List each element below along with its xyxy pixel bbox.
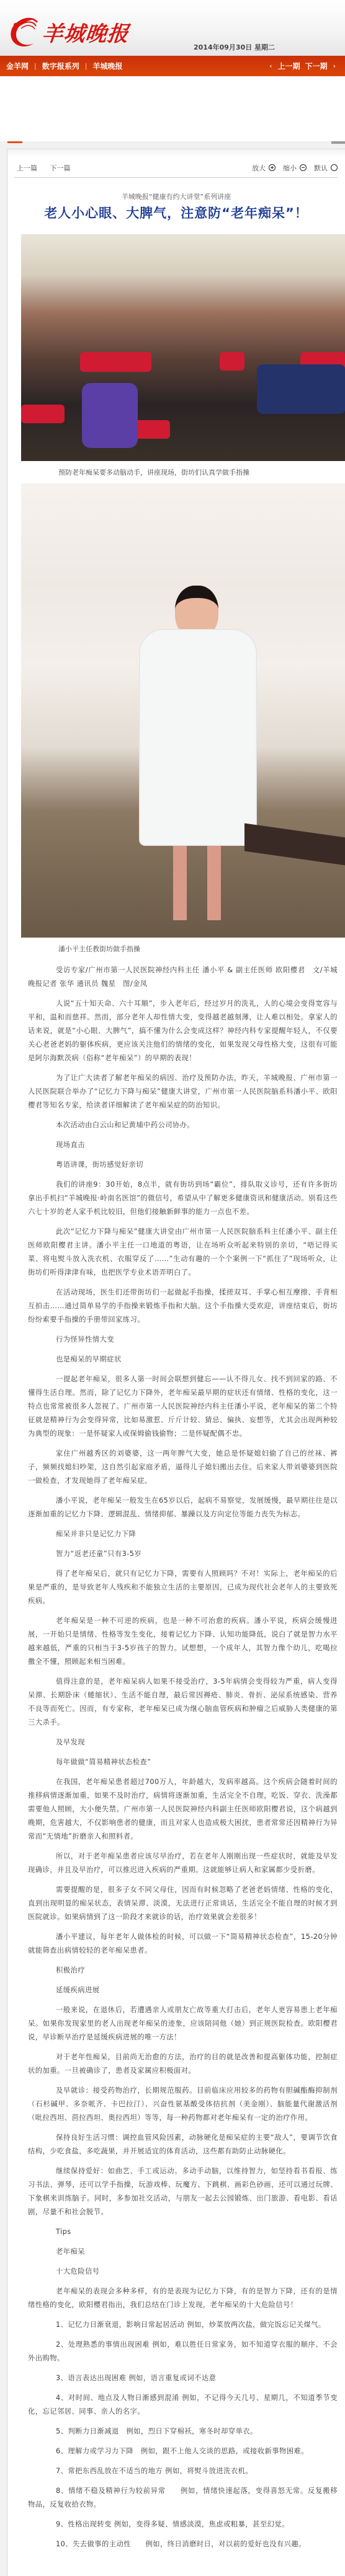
- photo-caption: 预防老年痴呆要多动脑动手，讲座现场，街坊们认真学做手指操: [21, 461, 345, 483]
- corner-decoration: [331, 141, 345, 144]
- paragraph: 我们的讲座9：30开始，8点半，就有街坊到场“霸位”，排队取义诊号，还有许多街坊…: [28, 1178, 338, 1219]
- paragraph: 潘小平建议，每年老年人做体检的时候，可以做一下“简易精神状态检查”，15-20分…: [28, 1930, 338, 1958]
- section-heading: 痴呆并非只是记忆力下降: [28, 1528, 338, 1541]
- section-heading: 现场直击: [28, 1138, 338, 1152]
- next-issue-link[interactable]: 下一期: [305, 61, 328, 71]
- paragraph: 继续保持爱好：如曲艺、手工或运动。多动手动脑，以维持智力，如坚持看书看报、练习书…: [28, 2165, 338, 2219]
- section-heading: 积极治疗: [28, 1964, 338, 1977]
- article-toolbar: 上一篇 下一篇 放大 缩小 默认: [14, 158, 338, 178]
- circle-icon: [331, 164, 338, 171]
- logo-swoosh-icon: [7, 14, 38, 50]
- list-item: 1、记忆力日渐衰退，影响日常起居活动 例如，炒菜放两次盐，做完饭忘记关煤气。: [28, 2318, 338, 2332]
- paragraph: 值得注意的是，老年痴呆病人如果不接受治疗，3-5年病情会变得较为严重，病人变得呆…: [28, 1675, 338, 1730]
- nav-separator: |: [85, 62, 87, 70]
- section-heading: Tips: [28, 2225, 338, 2239]
- list-item: 6、理解力或学习力下降 例如，跟不上他人交谈的思路，或接收新事物困难。: [28, 2445, 338, 2458]
- paragraph: 老年痴呆是一种不可逆的疾病，也是一种不可治愈的疾病。潘小平说，疾病会缓慢进展，一…: [28, 1614, 338, 1669]
- tab-bar: [0, 141, 345, 149]
- paragraph: 一般来说，在退休后，若遭遇亲人或朋友亡故等重大打击后，老年人更容易患上老年痴呆。…: [28, 2003, 338, 2044]
- article-panel: 上一篇 下一篇 放大 缩小 默认 羊城晚报“健康有约大讲堂”系列讲座 老人小心眼: [7, 149, 345, 2576]
- article-body: 受访专家/广州市第一人民医院神经内科主任 潘小平 & 副主任医师 欧阳樱君 文/…: [7, 960, 345, 2551]
- section-heading: 及早发现: [28, 1736, 338, 1749]
- nav-link-ycwb[interactable]: 羊城晚报: [92, 61, 122, 71]
- section-heading: 每年做做“简易精神状态检查”: [28, 1756, 338, 1769]
- logo-text: 羊城晚报: [40, 17, 130, 47]
- minus-circle-icon: [300, 164, 307, 171]
- paragraph: 家住广州越秀区的刘婆婆，这一两年脾气大变，她总是怀疑媳妇偷了自己的丝袜、裤子，频…: [28, 1447, 338, 1488]
- nav-link-digital-series[interactable]: 数字报系列: [42, 61, 79, 71]
- lecture-audience-photo: [21, 234, 345, 461]
- paragraph: 保持良好生活习惯：调控血管风险因素，动脉硬化是痴呆症的主要“敌人”，要调节饮食结…: [28, 2131, 338, 2158]
- list-item: 2、处理熟悉的事情出现困难 例如，难以胜任日常家务，如不知道穿衣服的顺序、不会外…: [28, 2338, 338, 2365]
- reset-size-button[interactable]: 默认: [314, 163, 338, 173]
- doctor-demo-photo: [21, 483, 345, 938]
- active-tab-indicator: [7, 141, 22, 143]
- paragraph: 得了老年痴呆后，就只有记忆力下降，需要有人照顾吗？不对！实际上，老年痴呆的后果是…: [28, 1567, 338, 1608]
- paragraph: 为了让广大读者了解老年痴呆的病因、治疗及预防办法，昨天，羊城晚报、广州市第一人民…: [28, 1071, 338, 1112]
- article-subtitle: 羊城晚报“健康有约大讲堂”系列讲座: [7, 191, 345, 201]
- zoom-in-button[interactable]: 放大: [252, 163, 276, 173]
- paragraph: 人说“五十知天命、六十耳顺”，步入老年后，经过岁月的洗礼，人的心境会变得宽容与平…: [28, 997, 338, 1065]
- list-item: 3、语言表达出现困难 例如，语言重复或词不达意: [28, 2372, 338, 2385]
- list-item: 9、性格出现转变 例如，变得多疑、情感淡漠，焦虑或粗暴，甚至幻觉。: [28, 2518, 338, 2531]
- section-heading: 粤语讲课，街坊感觉好亲切: [28, 1158, 338, 1172]
- paragraph: 本次活动由白云山和记黄埔中药公司协办。: [28, 1119, 338, 1132]
- site-header: 羊城晚报 2014年09月30日 星期二: [0, 0, 345, 56]
- site-logo[interactable]: 羊城晚报: [7, 11, 129, 52]
- paragraph: 及早就诊：接受药物治疗，长期规范服药。目前临床应用较多的药物有胆碱酯酶抑制剂（石…: [28, 2084, 338, 2125]
- section-heading: 智力“返老还童”只有3-5岁: [28, 1547, 338, 1561]
- section-heading: 也是痴呆的早期症状: [28, 1353, 338, 1366]
- prev-issue-link[interactable]: 上一期: [278, 61, 300, 71]
- paragraph: 所以，对于老年痴呆患者应该尽早治疗，若在老年人刚刚出现一些症状时，就能及早发现确…: [28, 1850, 338, 1877]
- top-nav: 金羊网 | 数字报系列 | 羊城晚报 ‹ 上一期 下一期 ›: [0, 56, 345, 76]
- section-heading: 老年痴呆: [28, 2245, 338, 2259]
- zoom-out-button[interactable]: 缩小: [283, 163, 307, 173]
- article-headline: 老人小心眼、大脾气，注意防“老年痴呆”！: [7, 203, 345, 222]
- section-heading: 十大危险信号: [28, 2265, 338, 2279]
- chevron-right-icon: ›: [333, 62, 336, 70]
- section-heading: 延缓疾病进展: [28, 1984, 338, 1997]
- paragraph: 需要提醒的是，很多子女不同父母住，因而有时候忽略了老爸老妈情绪、性格的变化，直到…: [28, 1883, 338, 1924]
- prev-article-link[interactable]: 上一篇: [17, 164, 37, 172]
- photo-caption: 潘小平主任教街坊做手指操: [21, 938, 345, 960]
- paragraph: 老年痴呆的表现会多种多样，有的是表现为记忆力下降，有的是智力下降，还有的是情绪性…: [28, 2285, 338, 2312]
- paragraph: 对于老年性痴呆，目前尚无治愈的方法，治疗的目的就是改善和提高躯体功能，控制症状的…: [28, 2051, 338, 2078]
- chevron-left-icon: ‹: [269, 62, 272, 70]
- paragraph: 在活动现场，医生们还带街坊们一起做起手指操，揉搓双耳、手掌心相互摩擦、手背相互拍…: [28, 1286, 338, 1327]
- paragraph: 受访专家/广州市第一人民医院神经内科主任 潘小平 & 副主任医师 欧阳樱君 文/…: [28, 964, 338, 991]
- list-item: 10、失去做事的主动性 例如，终日消磨时日，对以前的爱好也没有兴趣。: [28, 2538, 338, 2551]
- paragraph: 潘小平说，老年痴呆一般发生在65岁以后，起病不易察觉，发展缓慢，最早期往往是以逐…: [28, 1494, 338, 1521]
- nav-separator: |: [34, 62, 37, 70]
- paragraph: 一提起老年痴呆，很多人第一时间会联想到健忘——认不得儿女、找不到回家的路、不懂得…: [28, 1373, 338, 1441]
- paragraph: 此次“记忆力下降与痴呆”健康大讲堂由广州市第一人民医院脑系科主任潘小平、副主任医…: [28, 1225, 338, 1280]
- blank-space: [0, 76, 345, 141]
- page-body: 上一篇 下一篇 放大 缩小 默认 羊城晚报“健康有约大讲堂”系列讲座 老人小心眼: [0, 149, 345, 2576]
- plus-circle-icon: [269, 164, 276, 171]
- list-item: 4、对时间、地点及人物日渐感到混淆 例如，不记得今天几号、星期几，不知道季节变化…: [28, 2391, 338, 2419]
- list-item: 5、判断力日渐减退 例如，烈日下穿棉袄，寒冬时却穿单衣。: [28, 2425, 338, 2438]
- section-heading: 行为怪异性情大变: [28, 1333, 338, 1347]
- list-item: 7、常把东西乱放在不适当的地方 例如，将熨斗放进洗衣机。: [28, 2464, 338, 2478]
- paragraph: 在我国，老年痴呆患者超过700万人，年龄越大，发病率越高。这个疾病会随着时间的推…: [28, 1775, 338, 1844]
- list-item: 8、情绪不稳及精神行为较前异常 例如，情绪快速起落，变得喜怒无常。反复搬移物品，…: [28, 2484, 338, 2512]
- issue-date: 2014年09月30日 星期二: [194, 42, 275, 52]
- nav-link-jinyang[interactable]: 金羊网: [6, 61, 29, 71]
- next-article-link[interactable]: 下一篇: [50, 164, 71, 172]
